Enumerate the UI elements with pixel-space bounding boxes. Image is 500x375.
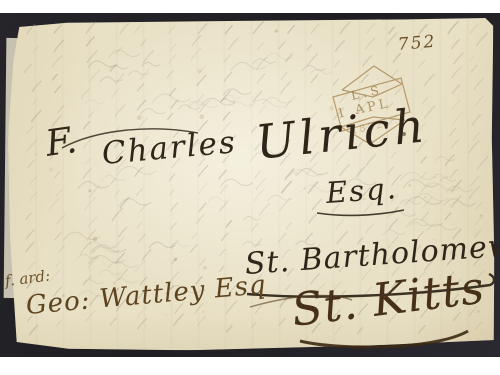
addressee-title: Esq.: [325, 171, 399, 210]
letter-photo: L.S 1 APL 1832 752 F. Charles Ulrich Esq…: [0, 0, 500, 375]
rate-number-notation: 752: [397, 32, 437, 55]
address-prefix: F.: [43, 120, 79, 165]
